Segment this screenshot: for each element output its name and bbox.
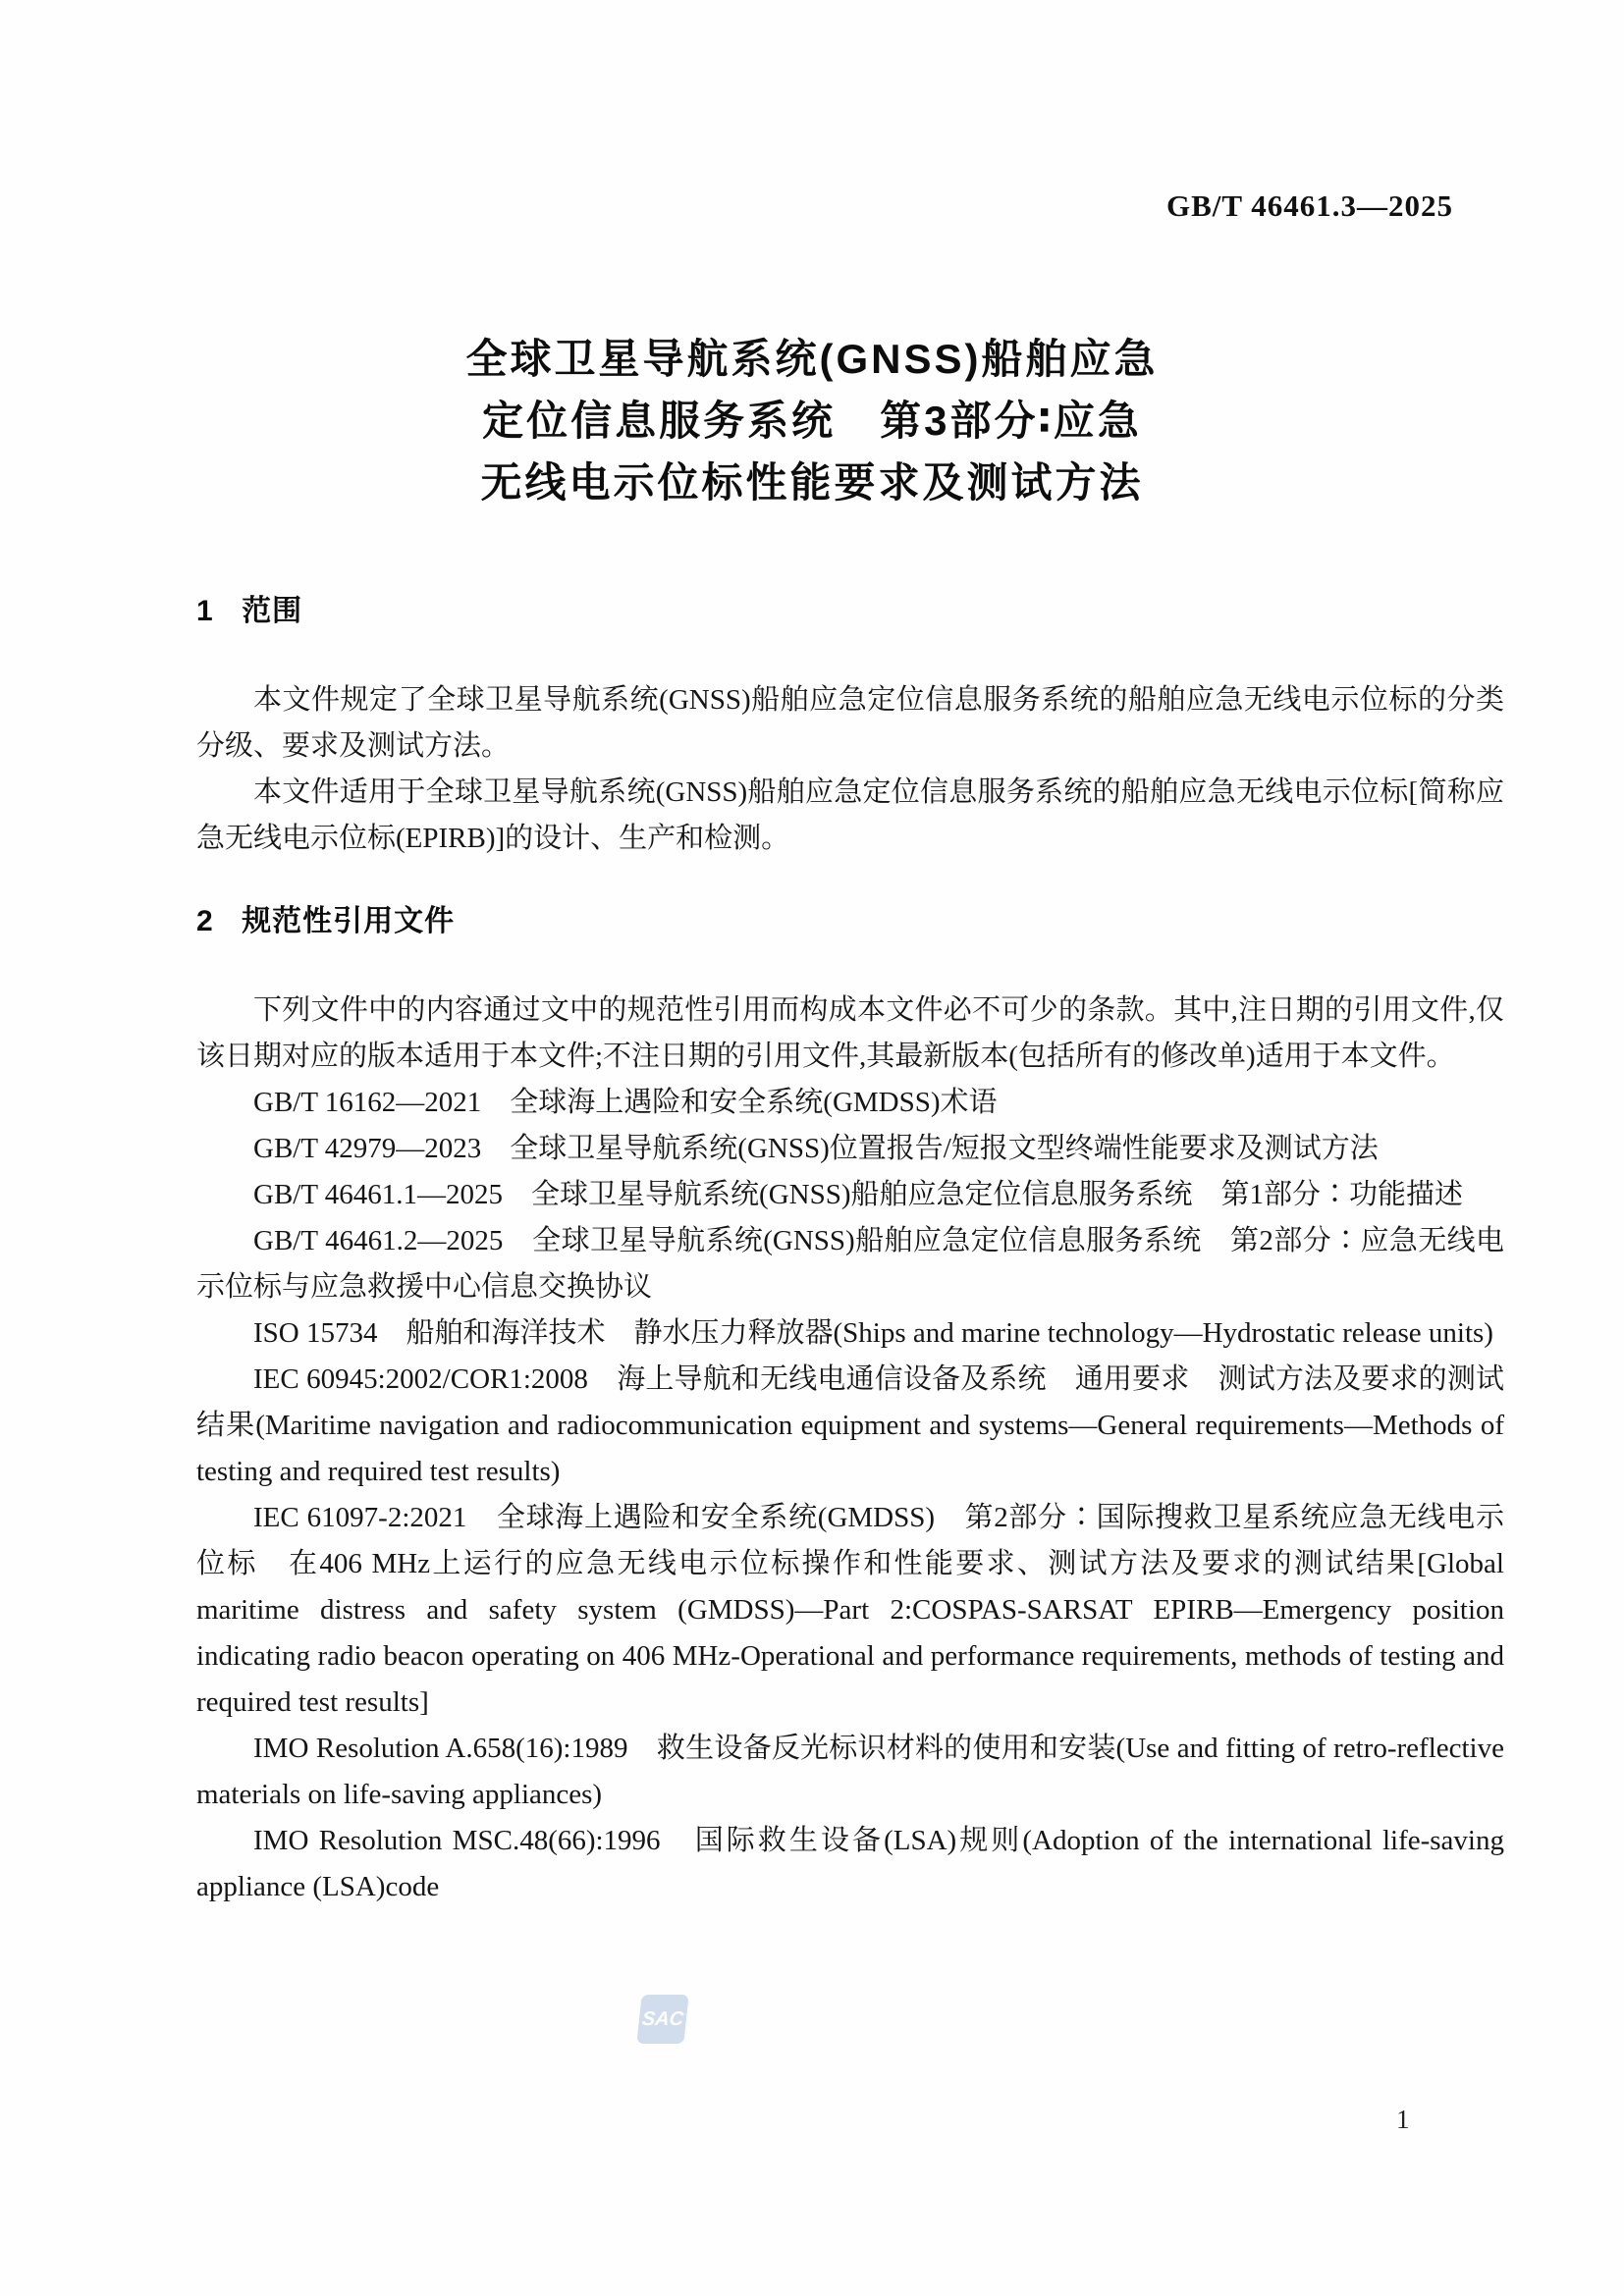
title-line-1: 全球卫星导航系统(GNSS)船舶应急 [465,336,1158,382]
sac-watermark-logo: SAC [636,1995,688,2044]
normative-reference: IMO Resolution MSC.48(66):1996 国际救生设备(LS… [196,1818,1504,1910]
section-heading: 2规范性引用文件 [196,903,1504,940]
paragraph: 本文件适用于全球卫星导航系统(GNSS)船舶应急定位信息服务系统的船舶应急无线电… [196,770,1504,862]
document-page: GB/T 46461.3—2025 全球卫星导航系统(GNSS)船舶应急 定位信… [0,0,1624,2296]
normative-reference: ISO 15734 船舶和海洋技术 静水压力释放器(Ships and mari… [196,1310,1504,1357]
section-heading-label: 规范性引用文件 [242,903,455,940]
section-number: 2 [196,903,214,940]
title-line-3: 无线电示位标性能要求及测试方法 [480,459,1143,506]
document-body: 1范围本文件规定了全球卫星导航系统(GNSS)船舶应急定位信息服务系统的船舶应急… [196,577,1504,1910]
page-number: 1 [1396,2105,1410,2135]
normative-reference: IEC 61097-2:2021 全球海上遇险和安全系统(GMDSS) 第2部分… [196,1495,1504,1726]
paragraph: 下列文件中的内容通过文中的规范性引用而构成本文件必不可少的条款。其中,注日期的引… [196,988,1504,1080]
normative-reference: GB/T 46461.2—2025 全球卫星导航系统(GNSS)船舶应急定位信息… [196,1218,1504,1310]
normative-reference: GB/T 42979—2023 全球卫星导航系统(GNSS)位置报告/短报文型终… [196,1126,1504,1172]
normative-reference: GB/T 16162—2021 全球海上遇险和安全系统(GMDSS)术语 [196,1080,1504,1126]
title-line-2: 定位信息服务系统 第3部分∶应急 [482,398,1142,444]
normative-reference: GB/T 46461.1—2025 全球卫星导航系统(GNSS)船舶应急定位信息… [196,1172,1504,1218]
section-number: 1 [196,593,214,630]
paragraph: 本文件规定了全球卫星导航系统(GNSS)船舶应急定位信息服务系统的船舶应急无线电… [196,677,1504,770]
doc-number: GB/T 46461.3—2025 [1166,188,1453,224]
normative-reference: IEC 60945:2002/COR1:2008 海上导航和无线电通信设备及系统… [196,1357,1504,1495]
section-heading-label: 范围 [242,593,302,630]
section-heading: 1范围 [196,593,1504,630]
normative-reference: IMO Resolution A.658(16):1989 救生设备反光标识材料… [196,1726,1504,1818]
document-title: 全球卫星导航系统(GNSS)船舶应急 定位信息服务系统 第3部分∶应急 无线电示… [0,328,1624,513]
